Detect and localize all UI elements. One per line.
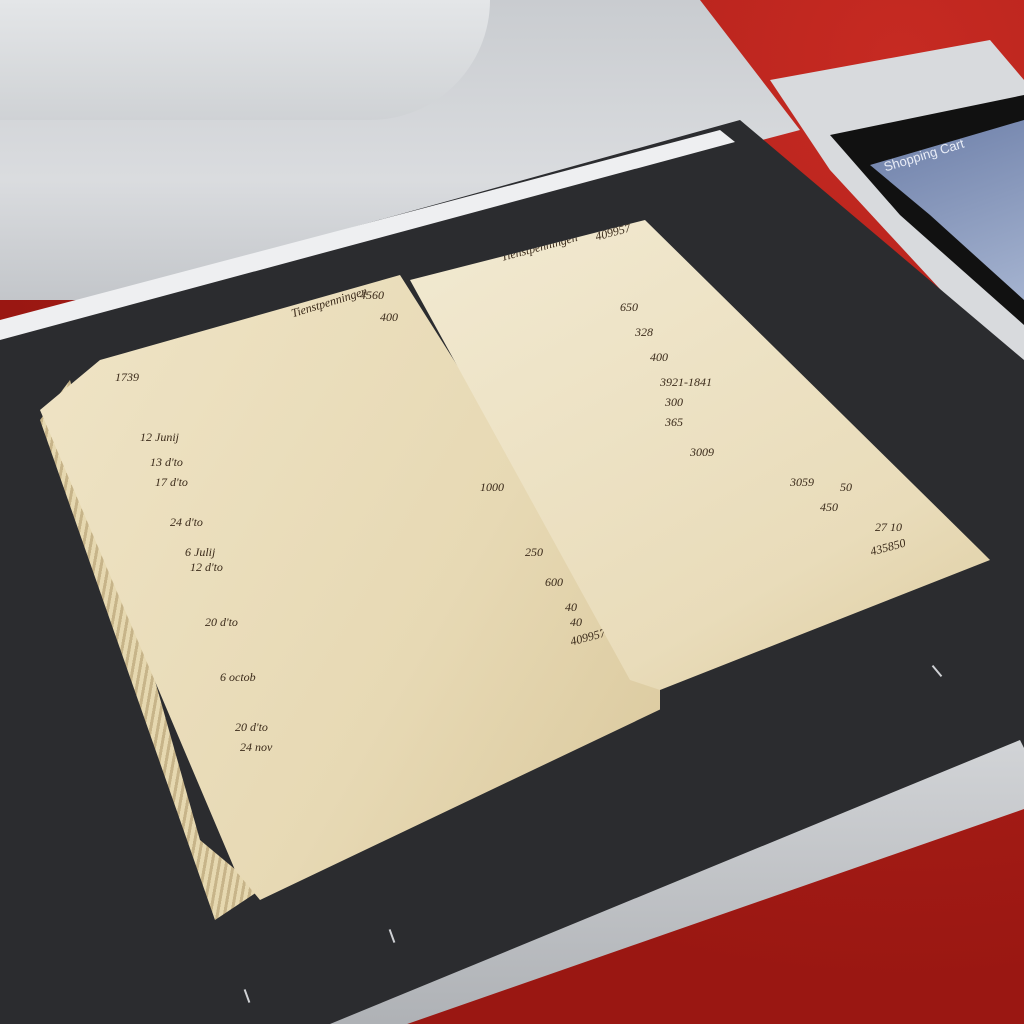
page-total: 435850 — [869, 536, 908, 560]
margin-date: 13 d'to — [150, 455, 183, 470]
margin-date: 20 d'to — [205, 615, 238, 630]
margin-date: 12 Junij — [140, 430, 179, 445]
scanner-lamp-housing — [0, 0, 490, 120]
margin-date: 6 Julij — [185, 545, 215, 560]
margin-date: 6 octob — [220, 670, 256, 685]
amount: 400 — [650, 350, 668, 365]
margin-date: 24 d'to — [170, 515, 203, 530]
margin-date: 24 nov — [240, 740, 272, 755]
amount: 328 — [635, 325, 653, 340]
amount: 650 — [620, 300, 638, 315]
amount: 10 — [890, 520, 902, 535]
amount: 450 — [820, 500, 838, 515]
amount: 365 — [665, 415, 683, 430]
margin-date: 17 d'to — [155, 475, 188, 490]
amount: 3059 — [790, 475, 814, 490]
amount: 250 — [525, 545, 543, 560]
amount: 600 — [545, 575, 563, 590]
amount: 3009 — [690, 445, 714, 460]
amount: 27 — [875, 520, 887, 535]
amount: 4560 — [360, 288, 384, 303]
amount: 300 — [665, 395, 683, 410]
amount: 3921-1841 — [660, 375, 712, 390]
amount: 1000 — [480, 480, 504, 495]
amount: 50 — [840, 480, 852, 495]
amount: 400 — [380, 310, 398, 325]
margin-date: 20 d'to — [235, 720, 268, 735]
margin-date: 1739 — [115, 370, 139, 385]
margin-date: 12 d'to — [190, 560, 223, 575]
amount: 40 — [565, 600, 577, 615]
amount: 40 — [570, 615, 582, 630]
